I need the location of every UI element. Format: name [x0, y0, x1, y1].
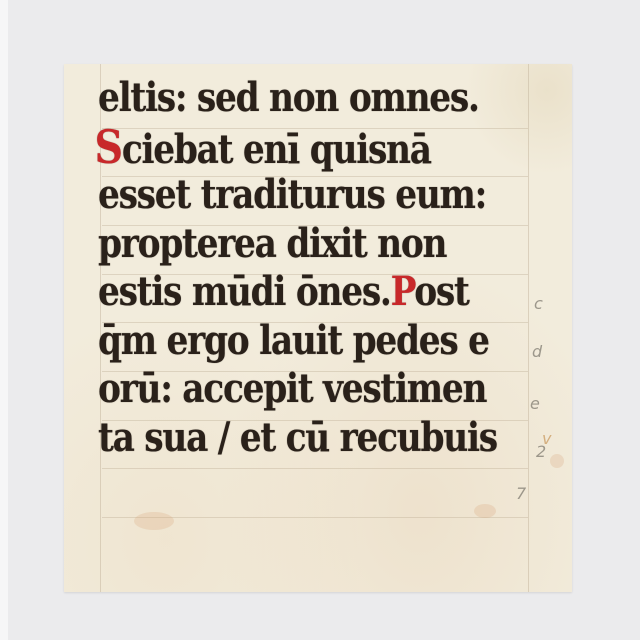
- line-text: orū: accepit vestimen: [98, 365, 486, 412]
- text-line-2: Sciebat enī quisnā: [98, 123, 471, 172]
- background-edge: [0, 0, 8, 640]
- pencil-mark: v: [542, 429, 551, 448]
- pencil-mark: e: [530, 394, 540, 413]
- stain: [134, 512, 174, 530]
- line-text: q̄m ergo lauit pedes e: [98, 317, 489, 364]
- stain: [550, 454, 564, 468]
- line-text: esset traditurus eum:: [98, 171, 486, 218]
- text-line-1: eltis: sed non omnes.: [98, 74, 471, 123]
- text-line-3: esset traditurus eum:: [98, 171, 471, 220]
- line-text: propterea dixit non: [98, 220, 446, 267]
- line-text: eltis: sed non omnes.: [98, 74, 479, 121]
- line-text: estis mūdi ōnes.: [98, 268, 391, 315]
- text-block: eltis: sed non omnes. Sciebat enī quisnā…: [98, 74, 532, 462]
- stain: [474, 504, 496, 518]
- text-line-8: ta sua / et cū recubuis: [98, 414, 471, 463]
- pencil-mark: 7: [516, 484, 526, 503]
- ruling-line: [102, 468, 528, 469]
- rubricated-initial-p: P: [391, 268, 415, 315]
- rubricated-initial-s: S: [95, 123, 122, 171]
- pencil-mark: d: [532, 342, 542, 361]
- text-line-4: propterea dixit non: [98, 220, 471, 269]
- line-text: ta sua / et cū recubuis: [98, 414, 497, 461]
- text-line-5: estis mūdi ōnes.Post: [98, 268, 471, 317]
- line-text: ciebat enī quisnā: [122, 126, 431, 173]
- text-line-6: q̄m ergo lauit pedes e: [98, 317, 471, 366]
- pencil-mark: c: [534, 294, 543, 313]
- manuscript-leaf: eltis: sed non omnes. Sciebat enī quisnā…: [64, 64, 572, 592]
- text-line-7: orū: accepit vestimen: [98, 365, 471, 414]
- line-text: ost: [414, 268, 468, 315]
